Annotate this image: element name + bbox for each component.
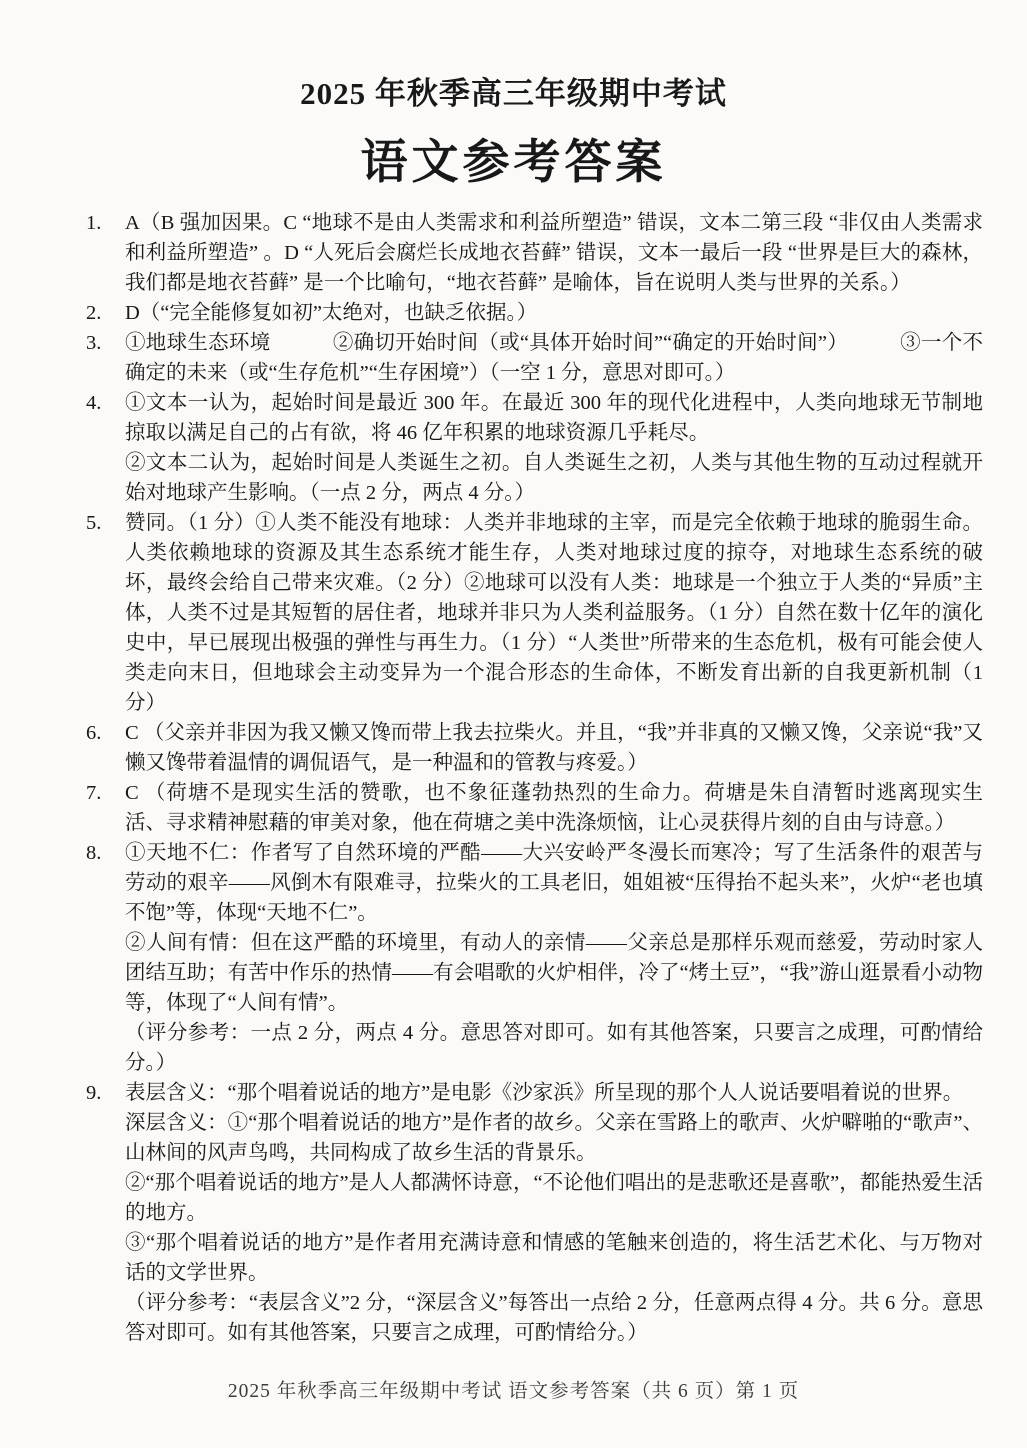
answer-paragraph: ①地球生态环境 ②确切开始时间（或“具体开始时间”“确定的开始时间”） ③一个不… [125,328,983,388]
answer-item-2: 2. D（“完全能修复如初”太绝对，也缺乏依据。） [86,298,983,328]
answer-content: 赞同。（1 分）①人类不能没有地球：人类并非地球的主宰，而是完全依赖于地球的脆弱… [125,508,983,718]
page-footer: 2025 年秋季高三年级期中考试 语文参考答案（共 6 页）第 1 页 [0,1375,1027,1403]
answer-paragraph: D（“完全能修复如初”太绝对，也缺乏依据。） [125,298,983,328]
answer-list: 1. A（B 强加因果。C “地球不是由人类需求和利益所塑造” 错误，文本二第三… [0,208,1027,1348]
doc-title: 语文参考答案 [0,125,1027,192]
answer-number: 9. [86,1078,125,1108]
answer-content: ①文本一认为，起始时间是最近 300 年。在最近 300 年的现代化进程中，人类… [125,388,983,508]
answer-paragraph: C （荷塘不是现实生活的赞歌，也不象征蓬勃热烈的生命力。荷塘是朱自清暂时逃离现实… [125,778,983,838]
answer-paragraph: ①天地不仁：作者写了自然环境的严酷——大兴安岭严冬漫长而寒冷；写了生活条件的艰苦… [125,838,983,928]
answer-number: 4. [86,388,125,418]
answer-content: ①天地不仁：作者写了自然环境的严酷——大兴安岭严冬漫长而寒冷；写了生活条件的艰苦… [125,838,983,1078]
answer-item-8: 8. ①天地不仁：作者写了自然环境的严酷——大兴安岭严冬漫长而寒冷；写了生活条件… [86,838,983,1078]
answer-item-3: 3. ①地球生态环境 ②确切开始时间（或“具体开始时间”“确定的开始时间”） ③… [86,328,983,388]
answer-item-5: 5. 赞同。（1 分）①人类不能没有地球：人类并非地球的主宰，而是完全依赖于地球… [86,508,983,718]
answer-paragraph: ②文本二认为，起始时间是人类诞生之初。自人类诞生之初，人类与其他生物的互动过程就… [125,448,983,508]
answer-content: 表层含义：“那个唱着说话的地方”是电影《沙家浜》所呈现的那个人人说话要唱着说的世… [125,1078,983,1348]
answer-number: 6. [86,718,125,748]
answer-paragraph: 表层含义：“那个唱着说话的地方”是电影《沙家浜》所呈现的那个人人说话要唱着说的世… [125,1078,983,1108]
answer-number: 2. [86,298,125,328]
answer-paragraph: ②人间有情：但在这严酷的环境里，有动人的亲情——父亲总是那样乐观而慈爱，劳动时家… [125,928,983,1018]
answer-content: C （荷塘不是现实生活的赞歌，也不象征蓬勃热烈的生命力。荷塘是朱自清暂时逃离现实… [125,778,983,838]
answer-item-7: 7. C （荷塘不是现实生活的赞歌，也不象征蓬勃热烈的生命力。荷塘是朱自清暂时逃… [86,778,983,838]
answer-paragraph: A（B 强加因果。C “地球不是由人类需求和利益所塑造” 错误，文本二第三段 “… [125,208,983,298]
answer-number: 3. [86,328,125,358]
answer-paragraph: 深层含义：①“那个唱着说话的地方”是作者的故乡。父亲在雪路上的歌声、火炉噼啪的“… [125,1108,983,1168]
answer-number: 7. [86,778,125,808]
answer-content: D（“完全能修复如初”太绝对，也缺乏依据。） [125,298,983,328]
answer-key-page: 2025 年秋季高三年级期中考试 语文参考答案 1. A（B 强加因果。C “地… [0,0,1027,1448]
answer-paragraph: ③“那个唱着说话的地方”是作者用充满诗意和情感的笔触来创造的，将生活艺术化、与万… [125,1228,983,1288]
answer-content: A（B 强加因果。C “地球不是由人类需求和利益所塑造” 错误，文本二第三段 “… [125,208,983,298]
answer-paragraph: 赞同。（1 分）①人类不能没有地球：人类并非地球的主宰，而是完全依赖于地球的脆弱… [125,508,983,718]
answer-number: 8. [86,838,125,868]
exam-title: 2025 年秋季高三年级期中考试 [0,0,1027,113]
answer-paragraph: C （父亲并非因为我又懒又馋而带上我去拉柴火。并且，“我”并非真的又懒又馋，父亲… [125,718,983,778]
answer-item-6: 6. C （父亲并非因为我又懒又馋而带上我去拉柴火。并且，“我”并非真的又懒又馋… [86,718,983,778]
answer-paragraph: ②“那个唱着说话的地方”是人人都满怀诗意，“不论他们唱出的是悲歌还是喜歌”，都能… [125,1168,983,1228]
answer-number: 1. [86,208,125,238]
answer-item-9: 9. 表层含义：“那个唱着说话的地方”是电影《沙家浜》所呈现的那个人人说话要唱着… [86,1078,983,1348]
answer-content: C （父亲并非因为我又懒又馋而带上我去拉柴火。并且，“我”并非真的又懒又馋，父亲… [125,718,983,778]
answer-paragraph: （评分参考：“表层含义”2 分，“深层含义”每答出一点给 2 分，任意两点得 4… [125,1288,983,1348]
answer-content: ①地球生态环境 ②确切开始时间（或“具体开始时间”“确定的开始时间”） ③一个不… [125,328,983,388]
answer-number: 5. [86,508,125,538]
answer-paragraph: （评分参考：一点 2 分，两点 4 分。意思答对即可。如有其他答案，只要言之成理… [125,1018,983,1078]
answer-item-1: 1. A（B 强加因果。C “地球不是由人类需求和利益所塑造” 错误，文本二第三… [86,208,983,298]
answer-item-4: 4. ①文本一认为，起始时间是最近 300 年。在最近 300 年的现代化进程中… [86,388,983,508]
answer-paragraph: ①文本一认为，起始时间是最近 300 年。在最近 300 年的现代化进程中，人类… [125,388,983,448]
